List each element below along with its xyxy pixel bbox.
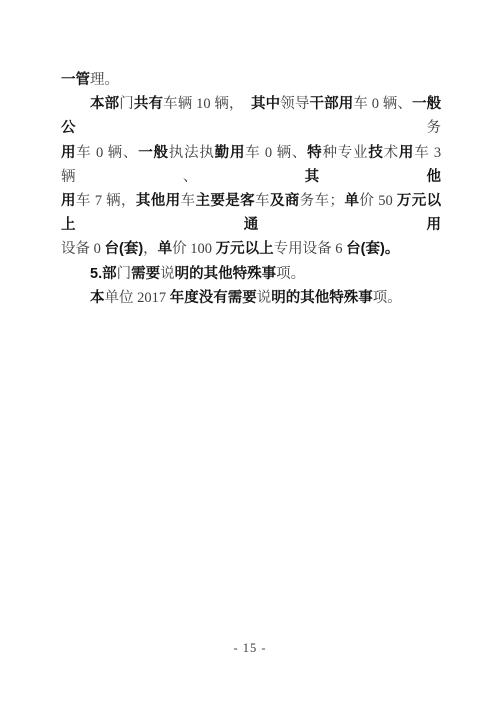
text-run: 万元以上 xyxy=(216,241,274,257)
text-run: 务车； xyxy=(300,193,344,209)
text-run: 专用设备 6 xyxy=(274,241,347,257)
text-run: 理。 xyxy=(90,72,119,88)
text-run: 车 7 辆， xyxy=(76,193,136,209)
text-run: 务 xyxy=(427,120,442,136)
text-run: 车 0 辆、 xyxy=(245,145,307,161)
text-run: 单 xyxy=(158,241,173,257)
document-page: 一管理。本部门共有车辆 10 辆， 其中领导干部用车 0 辆、一般公务用车 0 … xyxy=(0,0,500,707)
text-run: 说 xyxy=(160,266,175,282)
text-run: 车 0 辆、 xyxy=(76,145,138,161)
text-run: 用 xyxy=(61,145,76,161)
text-run: 特 xyxy=(307,145,322,161)
text-run: 一般 xyxy=(138,145,169,161)
text-run: 本部 xyxy=(90,96,119,112)
text-line: 一管理。 xyxy=(61,68,441,92)
text-run: 共有 xyxy=(134,96,163,112)
text-run: 5.部 xyxy=(90,266,117,282)
text-run: 干部用 xyxy=(309,96,353,112)
text-line: 用车 0 辆、一般执法执勤用车 0 辆、特种专业技术用车 3 辆、其他 xyxy=(61,141,441,189)
text-run: 项。 xyxy=(373,290,402,306)
text-run: 车辆 10 辆， xyxy=(163,96,251,112)
text-line: 本部门共有车辆 10 辆， 其中领导干部用车 0 辆、一般公务 xyxy=(61,92,441,140)
text-run: ， xyxy=(143,241,158,257)
text-run: 一管 xyxy=(61,72,90,88)
text-run: 单位 2017 xyxy=(105,290,170,306)
text-run: 技 xyxy=(368,145,383,161)
text-run: 其他 xyxy=(305,169,441,185)
text-run: 价 100 xyxy=(172,241,216,257)
text-run: 其中 xyxy=(251,96,280,112)
text-line: 本单位 2017 年度没有需要说明的其他特殊事项。 xyxy=(61,286,441,310)
text-line: 设备 0 台(套)，单价 100 万元以上专用设备 6 台(套)。 xyxy=(61,237,441,261)
text-run: 车 0 辆、 xyxy=(353,96,412,112)
text-run: 台(套) xyxy=(105,241,144,257)
text-line: 5.部门需要说明的其他特殊事项。 xyxy=(61,262,441,286)
text-run: 本 xyxy=(90,290,105,306)
text-run: 种专业 xyxy=(322,145,368,161)
text-run: 术 xyxy=(384,145,399,161)
text-run: 单 xyxy=(344,193,359,209)
text-run: 明的其他特殊事 xyxy=(271,290,373,306)
document-body: 一管理。本部门共有车辆 10 辆， 其中领导干部用车 0 辆、一般公务用车 0 … xyxy=(61,68,441,310)
text-run: 设备 0 xyxy=(61,241,105,257)
text-run: 勤用 xyxy=(215,145,246,161)
text-line: 用车 7 辆，其他用车主要是客车及商务车；单价 50 万元以上通用 xyxy=(61,189,441,237)
text-run: 年度没有需要 xyxy=(170,290,257,306)
text-run: 用 xyxy=(61,193,76,209)
text-run: 门 xyxy=(119,96,134,112)
text-run: 门 xyxy=(117,266,132,282)
text-run: 及商 xyxy=(270,193,300,209)
text-run: 需要 xyxy=(131,266,160,282)
text-run: 价 50 xyxy=(359,193,396,209)
text-run: 其他用 xyxy=(136,193,181,209)
text-run: 执法执 xyxy=(169,145,215,161)
text-run: 说 xyxy=(257,290,272,306)
text-run: 用 xyxy=(399,145,414,161)
text-run: 车 xyxy=(181,193,196,209)
text-run: 台(套)。 xyxy=(346,241,399,257)
page-number: - 15 - xyxy=(0,641,500,656)
text-run: 主要是客 xyxy=(195,193,255,209)
text-run: 车 xyxy=(255,193,270,209)
text-run: 明的其他特殊事 xyxy=(175,266,277,282)
text-run: 领导 xyxy=(280,96,309,112)
text-run: 项。 xyxy=(276,266,305,282)
